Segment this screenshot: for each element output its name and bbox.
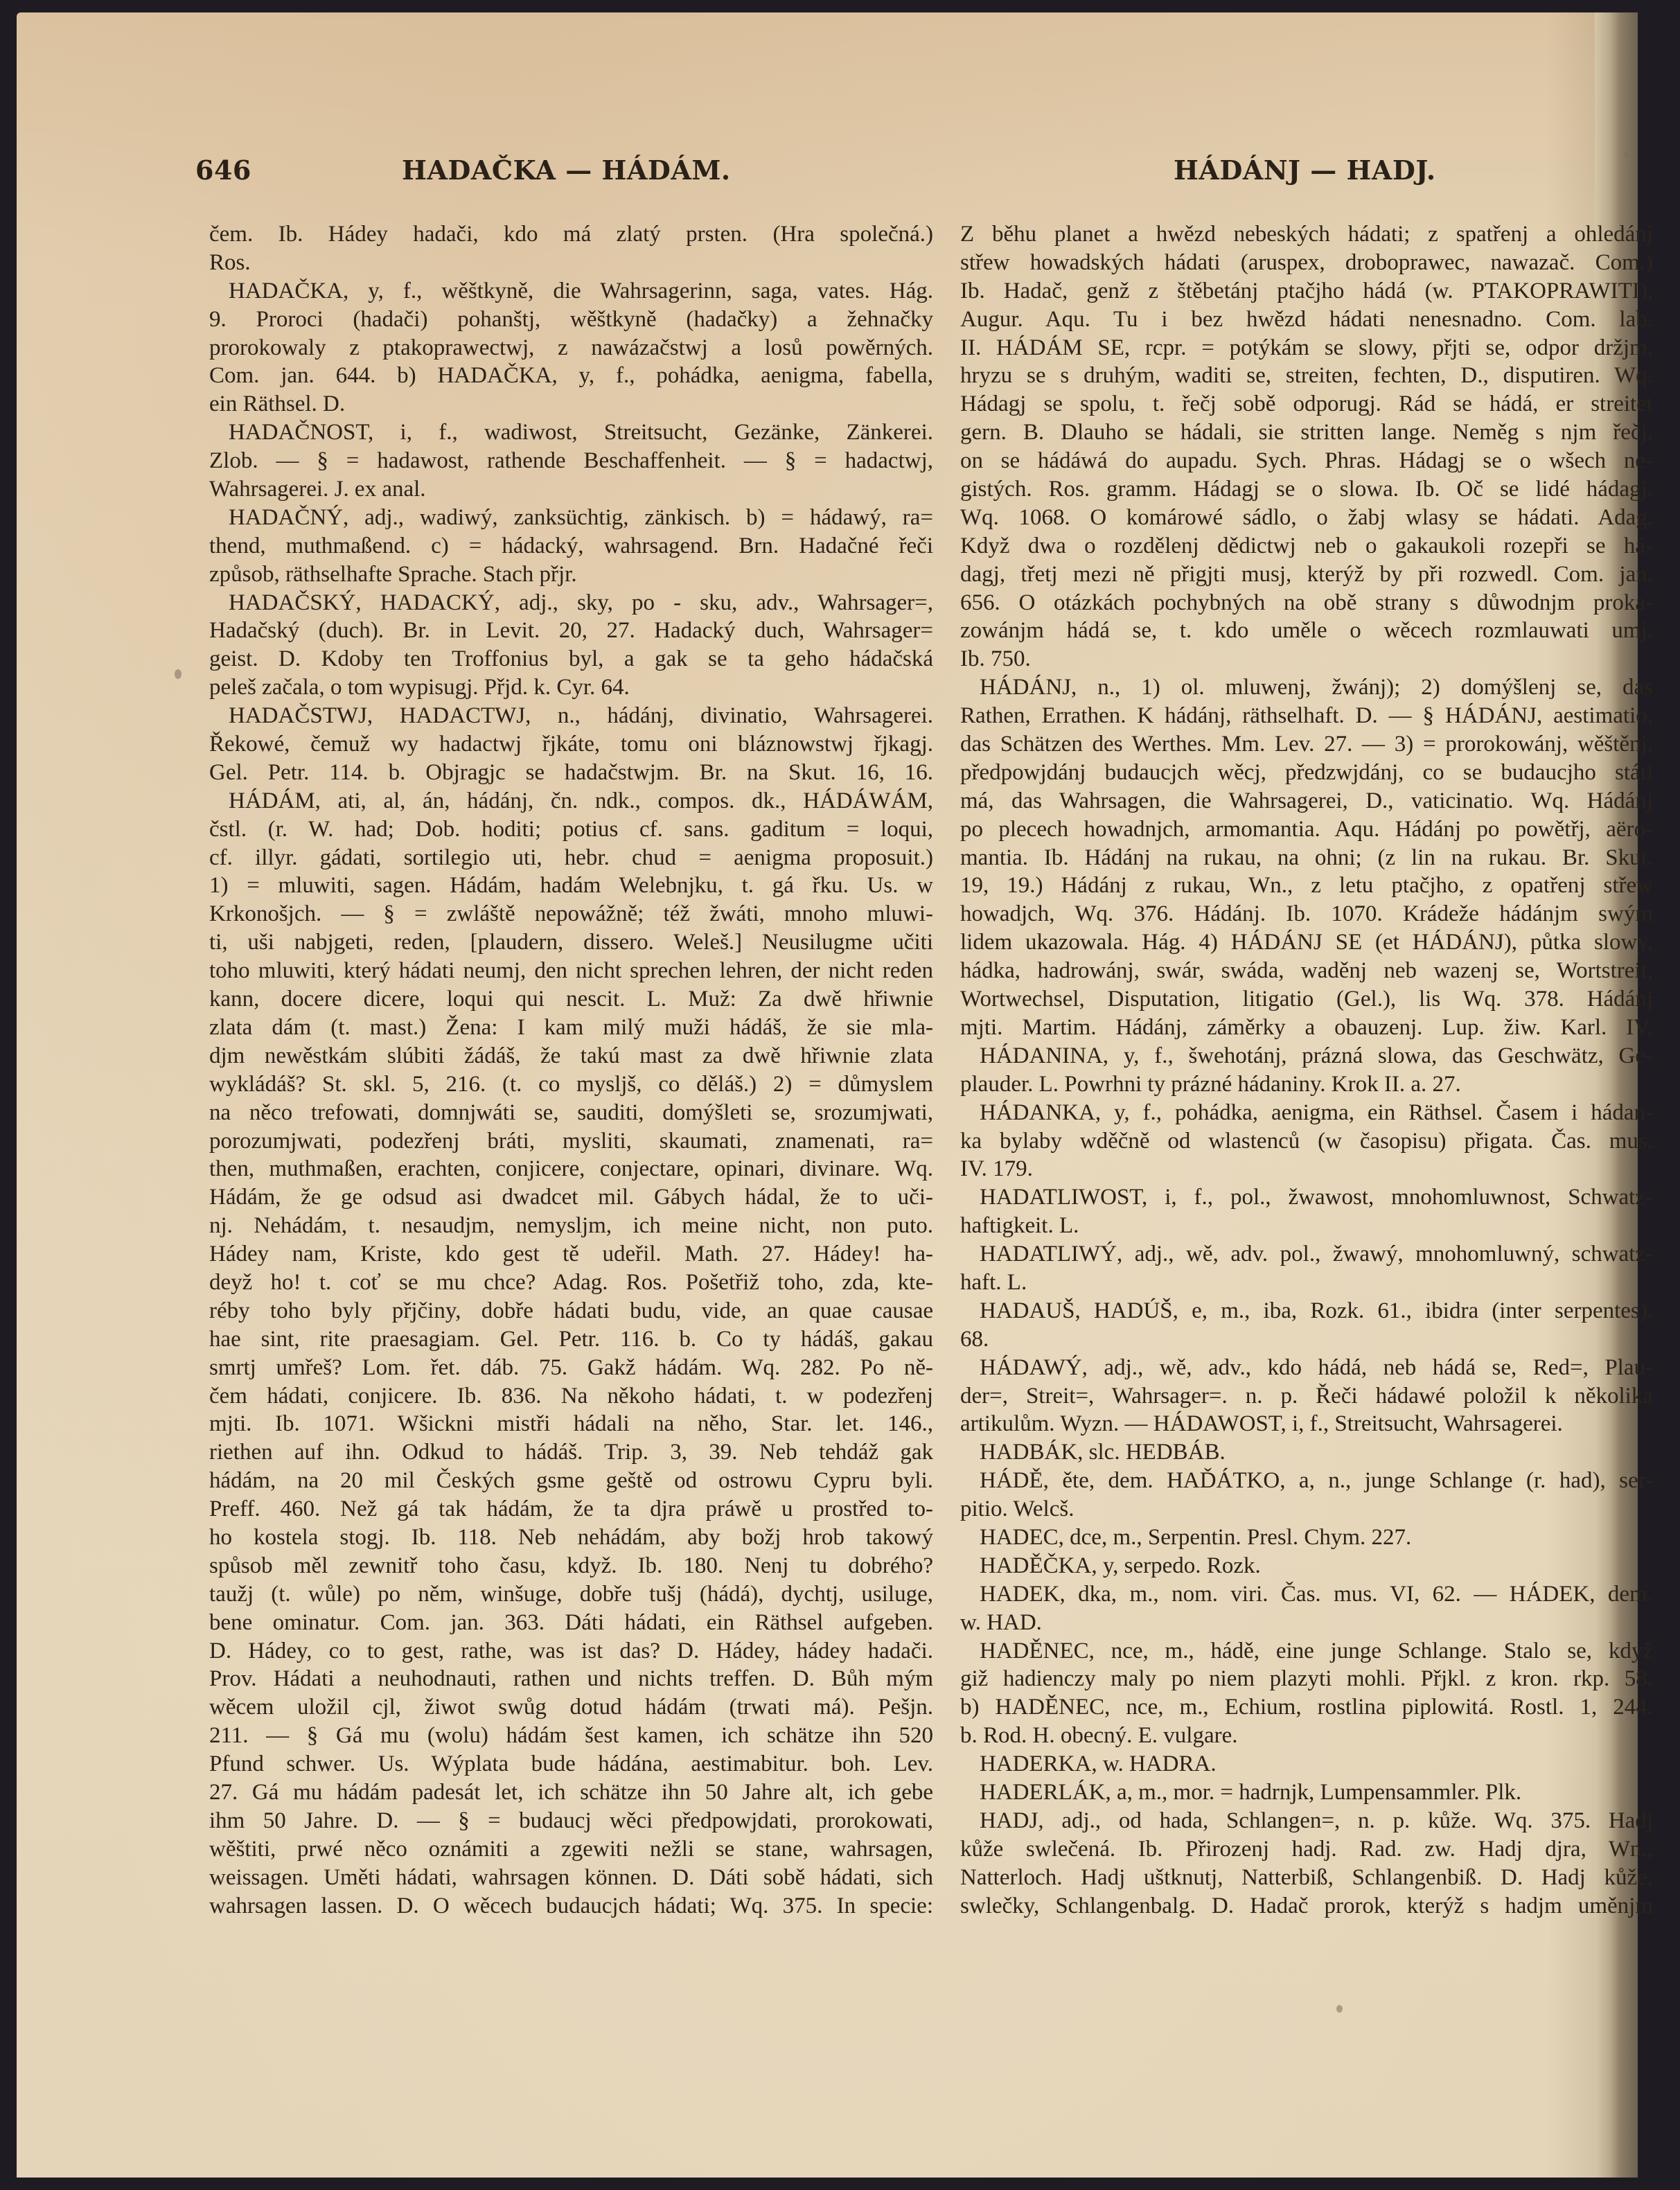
text-line: Pfund schwer. Us. Wýplata bude hádána, a… bbox=[209, 1750, 933, 1778]
text-line: haftigkeit. L. bbox=[960, 1212, 1653, 1240]
text-line: Když dwa o rozdělenj dědictwj neb o gaka… bbox=[960, 532, 1653, 560]
text-line: hádám, na 20 mil Českých gsme geště od o… bbox=[209, 1467, 933, 1495]
text-line: weissagen. Uměti hádati, wahrsagen könne… bbox=[209, 1864, 933, 1892]
text-line: ti, uši nabjgeti, reden, [plaudern, diss… bbox=[209, 928, 933, 957]
text-line: způsob, räthselhafte Sprache. Stach přjr… bbox=[209, 560, 933, 589]
text-line: čem. Ib. Hádey hadači, kdo má zlatý prst… bbox=[209, 220, 933, 249]
text-line: prorokowaly z ptakoprawectwj, z nawázačs… bbox=[209, 334, 933, 362]
text-line: IV. 179. bbox=[960, 1155, 1653, 1183]
text-line: po plecech howadnjch, armomantia. Aqu. H… bbox=[960, 815, 1653, 844]
text-line: howadjch, Wq. 376. Hádánj. Ib. 1070. Krá… bbox=[960, 900, 1653, 928]
text-line: ihm 50 Jahre. D. — § = budaucj wěci před… bbox=[209, 1807, 933, 1835]
text-line: smrtj umřeš? Lom. řet. dáb. 75. Gakž hád… bbox=[209, 1354, 933, 1382]
text-line: HADEK, dka, m., nom. viri. Čas. mus. VI,… bbox=[960, 1580, 1653, 1609]
text-line: 68. bbox=[960, 1325, 1653, 1354]
text-line: hryzu se s druhým, waditi se, streiten, … bbox=[960, 362, 1653, 390]
text-line: Natterloch. Hadj uštknutj, Natterbiß, Sc… bbox=[960, 1864, 1653, 1892]
text-line: Hádey nam, Kriste, kdo gest tě udeřil. M… bbox=[209, 1240, 933, 1269]
text-line: HÁDĚ, ěte, dem. HAĎÁTKO, a, n., junge Sc… bbox=[960, 1467, 1653, 1495]
text-line: Hádám, že ge odsud asi dwadcet mil. Gáby… bbox=[209, 1183, 933, 1212]
text-line: HADAUŠ, HADÚŠ, e, m., iba, Rozk. 61., ib… bbox=[960, 1297, 1653, 1325]
text-line: HADERKA, w. HADRA. bbox=[960, 1750, 1653, 1778]
text-line: wěštiti, prwé něco oznámiti a zgewiti ne… bbox=[209, 1835, 933, 1864]
text-line: gistých. Ros. gramm. Hádagj se o slowa. … bbox=[960, 475, 1653, 504]
text-line: 211. — § Gá mu (wolu) hádám šest kamen, … bbox=[209, 1722, 933, 1750]
text-line: Ib. Hadač, genž z štěbetánj ptačjho hádá… bbox=[960, 277, 1653, 306]
text-line: HADAČSKÝ, HADACKÝ, adj., sky, po - sku, … bbox=[209, 589, 933, 617]
text-line: Gel. Petr. 114. b. Objragjc se hadačstwj… bbox=[209, 759, 933, 787]
text-line: mantia. Ib. Hádánj na rukau, na ohni; (z… bbox=[960, 844, 1653, 872]
text-line: HADBÁK, slc. HEDBÁB. bbox=[960, 1438, 1653, 1467]
text-line: lidem ukazowala. Hág. 4) HÁDÁNJ SE (et H… bbox=[960, 928, 1653, 957]
left-running-head: HADAČKA — HÁDÁM. bbox=[402, 154, 731, 186]
text-line: der=, Streit=, Wahrsager=. n. p. Řeči há… bbox=[960, 1382, 1653, 1411]
text-line: porozumjwati, podezřenj bráti, mysliti, … bbox=[209, 1127, 933, 1156]
text-line: 19, 19.) Hádánj z rukau, Wn., z letu pta… bbox=[960, 872, 1653, 900]
text-line: D. Hádey, co to gest, rathe, was ist das… bbox=[209, 1637, 933, 1666]
text-line: 27. Gá mu hádám padesát let, ich schätze… bbox=[209, 1778, 933, 1807]
text-line: čem hádati, conjicere. Ib. 836. Na někoh… bbox=[209, 1382, 933, 1411]
text-line: HADERLÁK, a, m., mor. = hadrnjk, Lumpens… bbox=[960, 1778, 1653, 1807]
dictionary-page: 646 HADAČKA — HÁDÁM. HÁDÁNJ — HADJ. čem.… bbox=[17, 12, 1638, 2178]
text-line: HÁDÁM, ati, al, án, hádánj, čn. ndk., co… bbox=[209, 787, 933, 815]
text-line: toho mluwiti, který hádati neumj, den ni… bbox=[209, 957, 933, 985]
text-line: HÁDÁNJ, n., 1) ol. mluwenj, žwánj); 2) d… bbox=[960, 673, 1653, 702]
text-line: Ib. 750. bbox=[960, 645, 1653, 673]
text-line: Prov. Hádati a neuhodnauti, rathen und n… bbox=[209, 1665, 933, 1693]
text-line: giž hadienczy maly po niem plazyti mohli… bbox=[960, 1665, 1653, 1693]
text-line: má, das Wahrsagen, die Wahrsagerei, D., … bbox=[960, 787, 1653, 815]
text-line: 1) = mluwiti, sagen. Hádám, hadám Welebn… bbox=[209, 872, 933, 900]
text-line: HÁDANINA, y, f., šwehotánj, prázná slowa… bbox=[960, 1042, 1653, 1070]
right-column: Z běhu planet a hwězd nebeských hádati; … bbox=[960, 220, 1653, 1920]
text-line: ho kostela stogj. Ib. 118. Neb nehádám, … bbox=[209, 1524, 933, 1552]
text-line: then, muthmaßen, erachten, conjicere, co… bbox=[209, 1155, 933, 1183]
ink-spot bbox=[1624, 151, 1629, 158]
text-line: na něco trefowati, domnjwáti se, sauditi… bbox=[209, 1099, 933, 1127]
text-line: djm newěstkám slúbiti žádáš, že takú mas… bbox=[209, 1042, 933, 1070]
text-line: artikulům. Wyzn. — HÁDAWOST, i, f., Stre… bbox=[960, 1410, 1653, 1438]
page-number: 646 bbox=[195, 154, 251, 186]
text-line: wěcem uložil cjl, žiwot swůg dotud hádám… bbox=[209, 1693, 933, 1722]
text-line: HADATLIWOST, i, f., pol., žwawost, mnoho… bbox=[960, 1183, 1653, 1212]
text-line: hádka, hadrowánj, swár, swáda, waděnj ne… bbox=[960, 957, 1653, 985]
text-line: hae sint, rite praesagiam. Gel. Petr. 11… bbox=[209, 1325, 933, 1354]
text-line: Rathen, Errathen. K hádánj, räthselhaft.… bbox=[960, 702, 1653, 730]
text-line: Krkonošjch. — § = zwláště nepowážně; též… bbox=[209, 900, 933, 928]
text-line: Řekowé, čemuž wy hadactwj řjkáte, tomu o… bbox=[209, 730, 933, 759]
text-line: thend, muthmaßend. c) = hádacký, wahrsag… bbox=[209, 532, 933, 560]
text-line: předpowjdánj budaucjch wěcj, předzwjdánj… bbox=[960, 759, 1653, 787]
text-line: on se hádáwá do aupadu. Sych. Phras. Hád… bbox=[960, 447, 1653, 475]
text-line: mjti. Martim. Hádánj, záměrky a obauzenj… bbox=[960, 1014, 1653, 1042]
text-line: kann, docere dicere, loqui qui nescit. L… bbox=[209, 985, 933, 1014]
text-line: w. HAD. bbox=[960, 1609, 1653, 1637]
text-line: Wortwechsel, Disputation, litigatio (Gel… bbox=[960, 985, 1653, 1014]
text-line: mjti. Ib. 1071. Wšickni mistři hádali na… bbox=[209, 1410, 933, 1438]
text-line: Wahrsagerei. J. ex anal. bbox=[209, 475, 933, 504]
text-line: ka bylaby wděčně od wlastenců (w časopis… bbox=[960, 1127, 1653, 1156]
text-line: nj. Nehádám, t. nesaudjm, nemysljm, ich … bbox=[209, 1212, 933, 1240]
text-line: swlečky, Schlangenbalg. D. Hadač prorok,… bbox=[960, 1892, 1653, 1920]
text-line: zlata dám (t. mast.) Žena: I kam milý mu… bbox=[209, 1014, 933, 1042]
text-line: zowánjm hádá se, t. kdo uměle o wěcech r… bbox=[960, 617, 1653, 645]
text-line: Com. jan. 644. b) HADAČKA, y, f., pohádk… bbox=[209, 362, 933, 390]
text-line: HADAČNÝ, adj., wadiwý, zanksüchtig, zänk… bbox=[209, 504, 933, 532]
text-line: wykládáš? St. skl. 5, 216. (t. co mysljš… bbox=[209, 1070, 933, 1099]
text-line: riethen auf ihn. Odkud to hádáš. Trip. 3… bbox=[209, 1438, 933, 1467]
text-line: Augur. Aqu. Tu i bez hwězd hádati nenesn… bbox=[960, 306, 1653, 334]
text-line: HADAČKA, y, f., wěštkyně, die Wahrsageri… bbox=[209, 277, 933, 306]
text-line: wahrsagen lassen. D. O wěcech budaucjch … bbox=[209, 1892, 933, 1920]
text-line: b. Rod. H. obecný. E. vulgare. bbox=[960, 1722, 1653, 1750]
text-line: HADAČNOST, i, f., wadiwost, Streitsucht,… bbox=[209, 418, 933, 447]
text-line: pitio. Welcš. bbox=[960, 1495, 1653, 1524]
text-line: das Schätzen des Werthes. Mm. Lev. 27. —… bbox=[960, 730, 1653, 759]
text-line: cf. illyr. gádati, sortilegio uti, hebr.… bbox=[209, 844, 933, 872]
text-line: Hadačský (duch). Br. in Levit. 20, 27. H… bbox=[209, 617, 933, 645]
text-line: deyž ho! t. coť se mu chce? Adag. Ros. P… bbox=[209, 1269, 933, 1297]
ink-spot bbox=[175, 669, 182, 679]
text-line: plauder. L. Powrhni ty prázné hádaniny. … bbox=[960, 1070, 1653, 1099]
text-line: Z běhu planet a hwězd nebeských hádati; … bbox=[960, 220, 1653, 249]
text-line: kůže swlečená. Ib. Přirozenj hadj. Rad. … bbox=[960, 1835, 1653, 1864]
text-line: 9. Proroci (hadači) pohanštj, wěštkyně (… bbox=[209, 306, 933, 334]
text-line: Preff. 460. Než gá tak hádám, že ta djra… bbox=[209, 1495, 933, 1524]
text-line: gern. B. Dlauho se hádali, sie stritten … bbox=[960, 418, 1653, 447]
text-line: HADATLIWÝ, adj., wě, adv. pol., žwawý, m… bbox=[960, 1240, 1653, 1269]
ink-spot bbox=[1336, 2005, 1343, 2013]
text-line: střew howadských hádati (aruspex, drobop… bbox=[960, 249, 1653, 277]
text-line: b) HADĚNEC, nce, m., Echium, rostlina pi… bbox=[960, 1693, 1653, 1722]
text-line: Zlob. — § = hadawost, rathende Beschaffe… bbox=[209, 447, 933, 475]
left-column: čem. Ib. Hádey hadači, kdo má zlatý prst… bbox=[209, 220, 933, 1920]
right-running-head: HÁDÁNJ — HADJ. bbox=[1174, 154, 1436, 186]
text-line: haft. L. bbox=[960, 1269, 1653, 1297]
text-line: bene ominatur. Com. jan. 363. Dáti hádat… bbox=[209, 1609, 933, 1637]
text-line: Wq. 1068. O komárowé sádlo, o žabj wlasy… bbox=[960, 504, 1653, 532]
text-line: HADJ, adj., od hada, Schlangen=, n. p. k… bbox=[960, 1807, 1653, 1835]
text-line: HADĚČKA, y, serpedo. Rozk. bbox=[960, 1552, 1653, 1580]
scan-frame: 646 HADAČKA — HÁDÁM. HÁDÁNJ — HADJ. čem.… bbox=[0, 0, 1680, 2190]
text-line: HADAČSTWJ, HADACTWJ, n., hádánj, divinat… bbox=[209, 702, 933, 730]
text-line: ein Räthsel. D. bbox=[209, 390, 933, 418]
text-line: Ros. bbox=[209, 249, 933, 277]
text-line: taužj (t. wůle) po něm, winšuge, dobře t… bbox=[209, 1580, 933, 1609]
text-line: geist. D. Kdoby ten Troffonius byl, a ga… bbox=[209, 645, 933, 673]
text-line: dagj, třetj mezi ně přigjti musj, kterýž… bbox=[960, 560, 1653, 589]
text-line: spůsob měl zewnitř toho času, když. Ib. … bbox=[209, 1552, 933, 1580]
text-line: HÁDANKA, y, f., pohádka, aenigma, ein Rä… bbox=[960, 1099, 1653, 1127]
text-line: II. HÁDÁM SE, rcpr. = potýkám se slowy, … bbox=[960, 334, 1653, 362]
text-line: réby toho byly přjčiny, dobře hádati bud… bbox=[209, 1297, 933, 1325]
text-line: HÁDAWÝ, adj., wě, adv., kdo hádá, neb há… bbox=[960, 1354, 1653, 1382]
text-line: Hádagj se spolu, t. řečj sobě odporugj. … bbox=[960, 390, 1653, 418]
text-line: HADEC, dce, m., Serpentin. Presl. Chym. … bbox=[960, 1524, 1653, 1552]
text-line: 656. O otázkách pochybných na obě strany… bbox=[960, 589, 1653, 617]
text-line: čstl. (r. W. had; Dob. hoditi; potius cf… bbox=[209, 815, 933, 844]
text-line: HADĚNEC, nce, m., hádě, eine junge Schla… bbox=[960, 1637, 1653, 1666]
text-line: peleš začala, o tom wypisugj. Přjd. k. C… bbox=[209, 673, 933, 702]
